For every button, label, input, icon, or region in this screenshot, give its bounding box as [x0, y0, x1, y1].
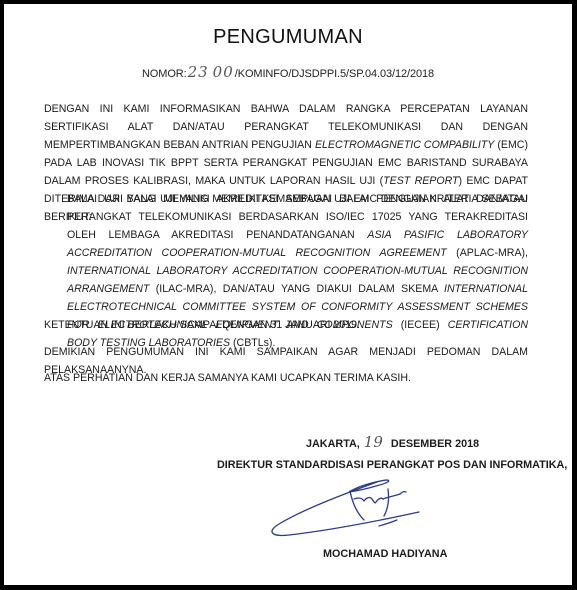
- signatory-name: MOCHAMAD HADIYANA: [323, 548, 447, 560]
- handwritten-day: 19: [364, 433, 383, 451]
- document-number-prefix: NOMOR:: [142, 68, 187, 80]
- paragraph-validity: KETENTUAN INI BERLAKU SAMPAI DENGAN 31 J…: [44, 316, 528, 334]
- text-run: (ILAC-MRA), DAN/ATAU YANG DIAKUI DALAM S…: [149, 283, 444, 295]
- signature-date: JAKARTA,19DESEMBER 2018: [306, 433, 479, 451]
- handwritten-number: 23 00: [188, 63, 234, 81]
- document-number: NOMOR:23 00/KOMINFO/DJSDPPI.5/SP.04.03/1…: [4, 63, 572, 81]
- italic-term: ELECTROMAGNETIC COMPABILITY: [315, 139, 494, 151]
- document-page: PENGUMUMAN NOMOR:23 00/KOMINFO/DJSDPPI.5…: [4, 4, 572, 585]
- signature-place: JAKARTA,: [306, 438, 360, 450]
- signature-month-year: DESEMBER 2018: [391, 438, 479, 450]
- text-run: (APLAC-MRA),: [447, 247, 528, 259]
- italic-term: TEST REPORT: [383, 175, 458, 187]
- document-title: PENGUMUMAN: [4, 26, 572, 49]
- paragraph-thanks: ATAS PERHATIAN DAN KERJA SAMANYA KAMI UC…: [44, 369, 528, 387]
- document-number-suffix: /KOMINFO/DJSDPPI.5/SP.04.03/12/2018: [235, 68, 434, 80]
- signatory-position: DIREKTUR STANDARDISASI PERANGKAT POS DAN…: [217, 459, 567, 471]
